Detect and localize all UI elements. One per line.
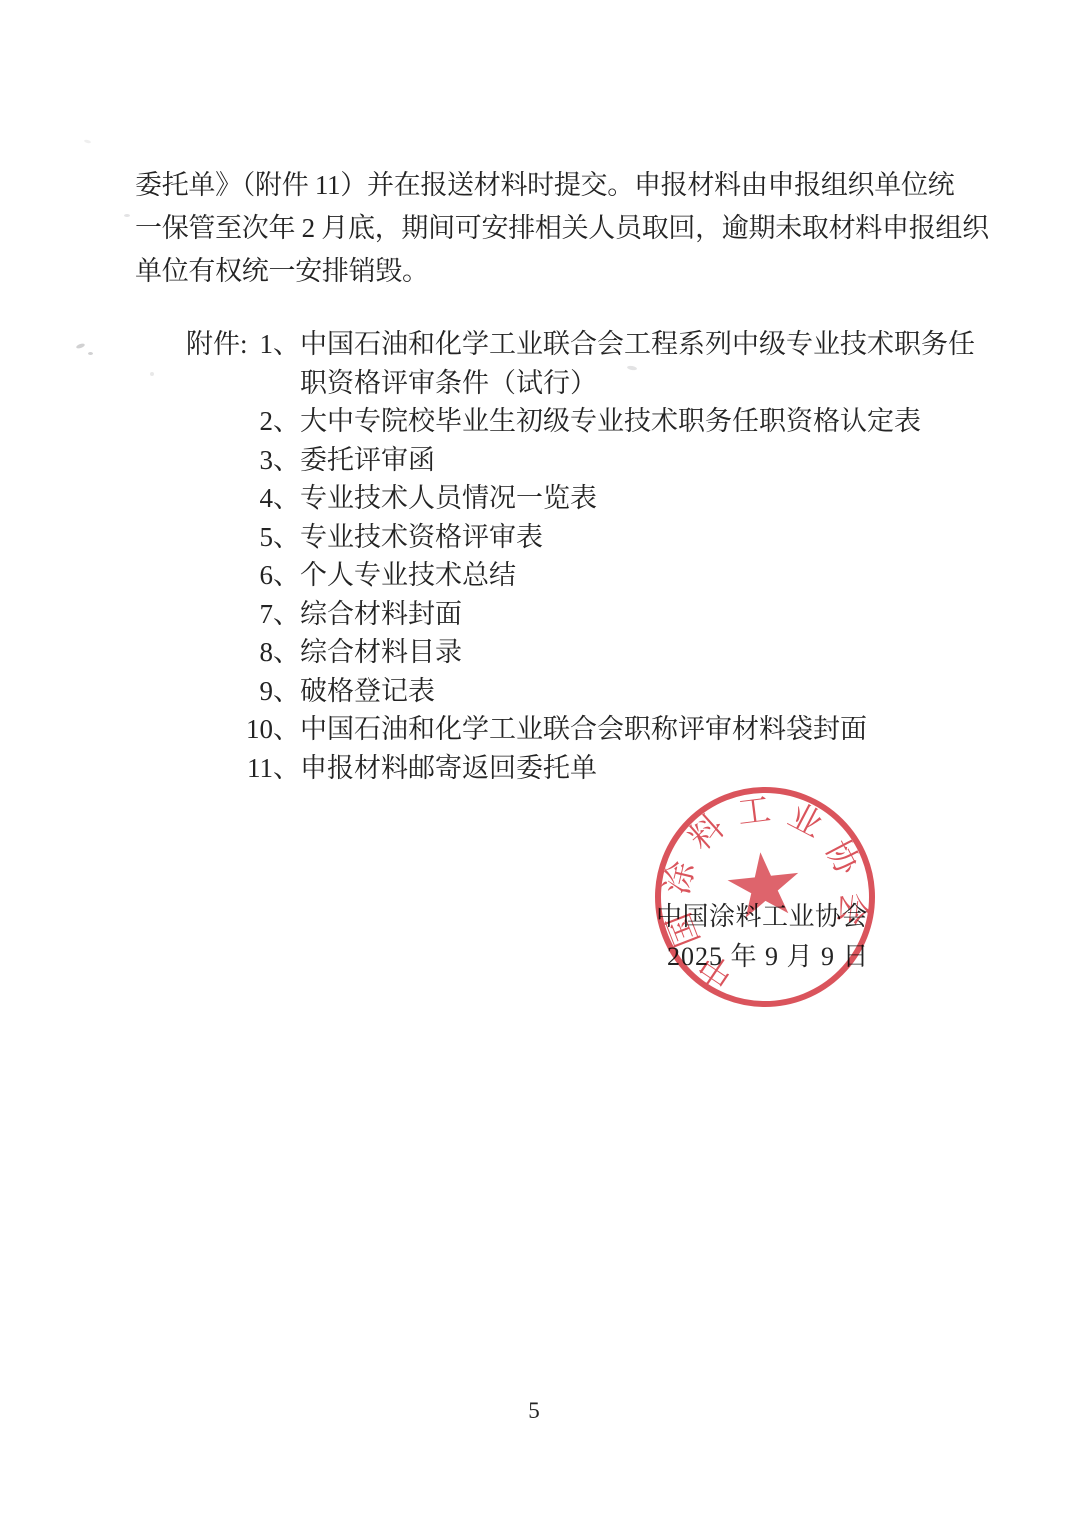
attachment-item: 3、委托评审函	[245, 441, 975, 480]
attachment-item: 6、个人专业技术总结	[245, 556, 975, 595]
attachment-text: 专业技术资格评审表	[300, 518, 543, 557]
attachment-number: 2、	[245, 402, 300, 441]
attachment-item: 8、综合材料目录	[245, 633, 975, 672]
attachment-number: 1、	[245, 325, 300, 364]
scan-speck	[88, 352, 93, 355]
scan-speck	[84, 139, 92, 144]
attachment-text: 破格登记表	[300, 672, 435, 711]
scan-speck	[76, 343, 86, 350]
attachment-item: 10、中国石油和化学工业联合会职称评审材料袋封面	[245, 710, 975, 749]
body-paragraph: 委托单》（附件 11）并在报送材料时提交。申报材料由申报组织单位统一保管至次年 …	[135, 164, 995, 293]
seal-text-char: 业	[783, 800, 828, 845]
scan-speck	[150, 372, 154, 376]
attachment-text: 申报材料邮寄返回委托单	[300, 749, 597, 788]
attachment-number: 5、	[245, 518, 300, 557]
attachment-text: 综合材料目录	[300, 633, 462, 672]
attachment-item: 9、破格登记表	[245, 672, 975, 711]
attachment-text: 中国石油和化学工业联合会职称评审材料袋封面	[300, 710, 867, 749]
attachment-text: 中国石油和化学工业联合会工程系列中级专业技术职务任职资格评审条件（试行）	[300, 325, 975, 402]
attachment-item: 5、专业技术资格评审表	[245, 518, 975, 557]
attachment-item: 4、专业技术人员情况一览表	[245, 479, 975, 518]
document-page: 委托单》（附件 11）并在报送材料时提交。申报材料由申报组织单位统一保管至次年 …	[0, 0, 1080, 1527]
seal-text-char: 工	[736, 794, 773, 831]
attachment-item: 2、大中专院校毕业生初级专业技术职务任职资格认定表	[245, 402, 975, 441]
attachment-number: 6、	[245, 556, 300, 595]
seal-text-char: 协	[819, 836, 864, 881]
attachment-item: 11、申报材料邮寄返回委托单	[245, 749, 975, 788]
signature-organization: 中国涂料工业协会	[656, 896, 868, 933]
paragraph-line: 单位有权统一安排销毁。	[135, 250, 995, 293]
signature-date: 2025 年 9 月 9 日	[667, 936, 870, 973]
attachment-number: 3、	[245, 441, 300, 480]
seal-text-char: 料	[684, 811, 731, 858]
attachment-number: 11、	[245, 749, 300, 788]
paragraph-line: 委托单》（附件 11）并在报送材料时提交。申报材料由申报组织单位统	[135, 164, 995, 207]
attachments-label: 附件:	[186, 325, 248, 364]
attachment-item: 7、综合材料封面	[245, 595, 975, 634]
attachment-text: 综合材料封面	[300, 595, 462, 634]
attachment-number: 9、	[245, 672, 300, 711]
attachment-text: 个人专业技术总结	[300, 556, 516, 595]
attachment-number: 4、	[245, 479, 300, 518]
attachment-text: 专业技术人员情况一览表	[300, 479, 597, 518]
attachment-text: 委托评审函	[300, 441, 435, 480]
attachment-text: 大中专院校毕业生初级专业技术职务任职资格认定表	[300, 402, 921, 441]
attachments-list: 1、中国石油和化学工业联合会工程系列中级专业技术职务任职资格评审条件（试行）2、…	[245, 325, 975, 787]
seal-text-char: 涂	[661, 858, 701, 898]
scan-speck	[124, 214, 130, 217]
page-number: 5	[504, 1398, 564, 1424]
attachment-number: 8、	[245, 633, 300, 672]
attachment-number: 7、	[245, 595, 300, 634]
paragraph-line: 一保管至次年 2 月底，期间可安排相关人员取回，逾期未取材料申报组织	[135, 207, 995, 250]
attachment-item: 1、中国石油和化学工业联合会工程系列中级专业技术职务任职资格评审条件（试行）	[245, 325, 975, 402]
attachment-number: 10、	[245, 710, 300, 749]
